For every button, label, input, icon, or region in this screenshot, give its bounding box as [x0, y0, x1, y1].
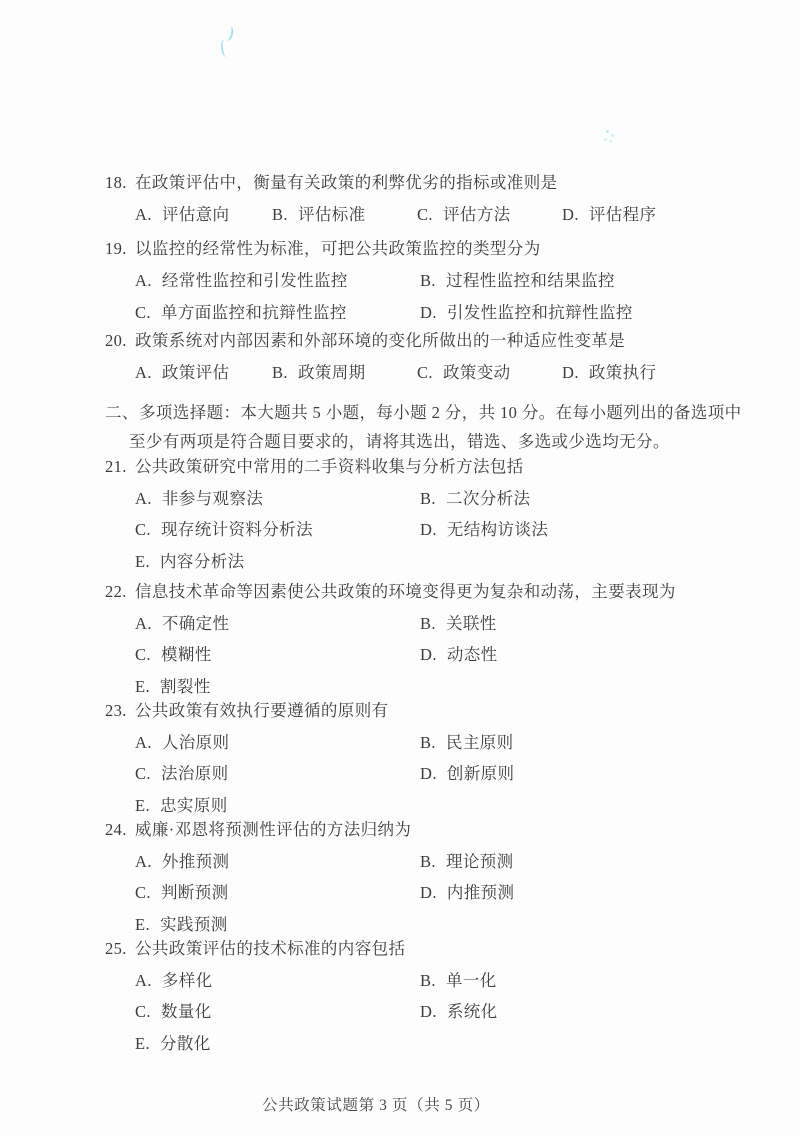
question-19: 19. 以监控的经常性为标准，可把公共政策监控的类型分为 A.经常性监控和引发性…: [105, 239, 773, 335]
option-text: 模糊性: [161, 645, 212, 666]
options-row: A.人治原则 B.民主原则: [105, 733, 773, 765]
cyan-scan-artifact: [220, 39, 231, 58]
question-text: 公共政策有效执行要遵循的原则有: [135, 701, 389, 722]
option-text: 评估程序: [589, 205, 657, 226]
option-label: B.: [272, 205, 288, 226]
option-text: 判断预测: [161, 883, 229, 904]
option-label: C.: [135, 1002, 151, 1023]
option-21d: D.无结构访谈法: [420, 520, 548, 541]
question-number: 22.: [105, 582, 135, 603]
option-21e: E.内容分析法: [135, 552, 245, 573]
option-label: C.: [135, 764, 151, 785]
option-text: 政策执行: [589, 363, 657, 384]
option-25e: E.分散化: [135, 1034, 211, 1055]
options-row: E.内容分析法: [105, 552, 773, 584]
option-22d: D.动态性: [420, 645, 498, 666]
option-label: A.: [135, 363, 152, 384]
option-text: 多样化: [162, 971, 213, 992]
option-24c: C.判断预测: [135, 883, 420, 904]
option-text: 理论预测: [446, 852, 514, 873]
question-25: 25. 公共政策评估的技术标准的内容包括 A.多样化 B.单一化 C.数量化 D…: [105, 939, 773, 1065]
option-18b: B.评估标准: [272, 205, 417, 226]
option-20d: D.政策执行: [562, 363, 656, 384]
option-23b: B.民主原则: [420, 733, 514, 754]
question-text: 信息技术革命等因素使公共政策的环境变得更为复杂和动荡，主要表现为: [135, 582, 676, 603]
option-22a: A.不确定性: [135, 614, 420, 635]
option-text: 实践预测: [160, 915, 228, 936]
option-25c: C.数量化: [135, 1002, 420, 1023]
option-text: 非参与观察法: [162, 489, 263, 510]
option-text: 外推预测: [162, 852, 230, 873]
question-stem: 20. 政策系统对内部因素和外部环境的变化所做出的一种适应性变革是: [105, 331, 773, 363]
option-25d: D.系统化: [420, 1002, 498, 1023]
option-19c: C.单方面监控和抗辩性监控: [135, 303, 420, 324]
section-instructions-line1: 多项选择题：本大题共 5 小题，每小题 2 分，共 10 分。在每小题列出的备选…: [139, 403, 742, 429]
option-18a: A.评估意向: [135, 205, 272, 226]
option-label: D.: [420, 645, 437, 666]
option-text: 不确定性: [162, 614, 230, 635]
option-text: 内推预测: [447, 883, 515, 904]
option-label: D.: [562, 363, 579, 384]
question-23: 23. 公共政策有效执行要遵循的原则有 A.人治原则 B.民主原则 C.法治原则…: [105, 701, 773, 827]
option-label: D.: [420, 303, 437, 324]
question-stem: 21. 公共政策研究中常用的二手资料收集与分析方法包括: [105, 457, 773, 489]
option-text: 引发性监控和抗辩性监控: [447, 303, 633, 324]
option-label: A.: [135, 971, 152, 992]
option-24b: B.理论预测: [420, 852, 514, 873]
question-text: 公共政策研究中常用的二手资料收集与分析方法包括: [135, 457, 524, 478]
option-text: 过程性监控和结果监控: [446, 271, 615, 292]
question-22: 22. 信息技术革命等因素使公共政策的环境变得更为复杂和动荡，主要表现为 A.不…: [105, 582, 773, 708]
options-row: C.现存统计资料分析法 D.无结构访谈法: [105, 520, 773, 552]
option-label: C.: [417, 205, 433, 226]
option-text: 内容分析法: [160, 552, 245, 573]
option-23e: E.忠实原则: [135, 796, 228, 817]
question-number: 21.: [105, 457, 135, 478]
option-19d: D.引发性监控和抗辩性监控: [420, 303, 633, 324]
question-stem: 19. 以监控的经常性为标准，可把公共政策监控的类型分为: [105, 239, 773, 271]
question-number: 25.: [105, 939, 135, 960]
option-label: D.: [562, 205, 579, 226]
option-label: D.: [420, 1002, 437, 1023]
option-label: A.: [135, 271, 152, 292]
option-text: 单方面监控和抗辩性监控: [161, 303, 347, 324]
section-header-line1: 二、 多项选择题：本大题共 5 小题，每小题 2 分，共 10 分。在每小题列出…: [105, 403, 775, 429]
question-number: 24.: [105, 820, 135, 841]
option-text: 评估方法: [443, 205, 511, 226]
option-text: 系统化: [447, 1002, 498, 1023]
option-text: 政策周期: [298, 363, 366, 384]
section-instructions-line2: 至少有两项是符合题目要求的，请将其选出，错选、多选或少选均无分。: [129, 432, 775, 453]
option-label: D.: [420, 764, 437, 785]
option-text: 经常性监控和引发性监控: [162, 271, 348, 292]
question-text: 在政策评估中，衡量有关政策的利弊优劣的指标或准则是: [135, 173, 558, 194]
options-row: A.多样化 B.单一化: [105, 971, 773, 1003]
page-footer: 公共政策试题第 3 页（共 5 页）: [262, 1096, 490, 1115]
question-number: 20.: [105, 331, 135, 352]
options-row: A.不确定性 B.关联性: [105, 614, 773, 646]
option-text: 评估意向: [162, 205, 230, 226]
option-21b: B.二次分析法: [420, 489, 530, 510]
question-stem: 25. 公共政策评估的技术标准的内容包括: [105, 939, 773, 971]
option-label: D.: [420, 883, 437, 904]
question-number: 19.: [105, 239, 135, 260]
option-text: 二次分析法: [446, 489, 531, 510]
option-18c: C.评估方法: [417, 205, 562, 226]
option-label: B.: [420, 614, 436, 635]
option-20b: B.政策周期: [272, 363, 417, 384]
option-label: B.: [272, 363, 288, 384]
option-text: 创新原则: [447, 764, 515, 785]
option-label: C.: [135, 645, 151, 666]
question-number: 18.: [105, 173, 135, 194]
options-row: E.分散化: [105, 1034, 773, 1066]
option-label: C.: [417, 363, 433, 384]
option-25b: B.单一化: [420, 971, 497, 992]
option-label: D.: [420, 520, 437, 541]
option-25a: A.多样化: [135, 971, 420, 992]
option-label: B.: [420, 733, 436, 754]
option-label: A.: [135, 614, 152, 635]
option-22b: B.关联性: [420, 614, 497, 635]
option-label: E.: [135, 1034, 150, 1055]
option-23d: D.创新原则: [420, 764, 514, 785]
options-row: A.评估意向 B.评估标准 C.评估方法 D.评估程序: [105, 205, 773, 237]
option-label: A.: [135, 733, 152, 754]
options-row: A.外推预测 B.理论预测: [105, 852, 773, 884]
section-number: 二、: [105, 403, 139, 429]
option-label: A.: [135, 489, 152, 510]
option-text: 单一化: [446, 971, 497, 992]
option-18d: D.评估程序: [562, 205, 656, 226]
options-row: C.模糊性 D.动态性: [105, 645, 773, 677]
option-22c: C.模糊性: [135, 645, 420, 666]
question-stem: 22. 信息技术革命等因素使公共政策的环境变得更为复杂和动荡，主要表现为: [105, 582, 773, 614]
option-21a: A.非参与观察法: [135, 489, 420, 510]
option-20a: A.政策评估: [135, 363, 272, 384]
exam-paper-page: 18. 在政策评估中，衡量有关政策的利弊优劣的指标或准则是 A.评估意向 B.评…: [0, 0, 800, 1136]
options-row: C.数量化 D.系统化: [105, 1002, 773, 1034]
question-text: 政策系统对内部因素和外部环境的变化所做出的一种适应性变革是: [135, 331, 625, 352]
option-text: 民主原则: [446, 733, 514, 754]
option-label: E.: [135, 677, 150, 698]
option-text: 关联性: [446, 614, 497, 635]
option-19a: A.经常性监控和引发性监控: [135, 271, 420, 292]
option-text: 割裂性: [160, 677, 211, 698]
option-label: A.: [135, 205, 152, 226]
question-18: 18. 在政策评估中，衡量有关政策的利弊优劣的指标或准则是 A.评估意向 B.评…: [105, 173, 773, 237]
option-label: B.: [420, 489, 436, 510]
option-22e: E.割裂性: [135, 677, 211, 698]
option-text: 人治原则: [162, 733, 230, 754]
option-text: 现存统计资料分析法: [161, 520, 313, 541]
option-24d: D.内推预测: [420, 883, 514, 904]
option-label: C.: [135, 883, 151, 904]
section-2-header: 二、 多项选择题：本大题共 5 小题，每小题 2 分，共 10 分。在每小题列出…: [105, 403, 775, 453]
option-label: E.: [135, 796, 150, 817]
option-text: 无结构访谈法: [447, 520, 548, 541]
option-20c: C.政策变动: [417, 363, 562, 384]
question-text: 公共政策评估的技术标准的内容包括: [135, 939, 405, 960]
option-label: B.: [420, 271, 436, 292]
option-23a: A.人治原则: [135, 733, 420, 754]
question-number: 23.: [105, 701, 135, 722]
option-label: E.: [135, 552, 150, 573]
option-text: 评估标准: [298, 205, 366, 226]
option-24a: A.外推预测: [135, 852, 420, 873]
option-label: C.: [135, 520, 151, 541]
question-text: 威廉·邓恩将预测性评估的方法归纳为: [135, 820, 411, 841]
question-20: 20. 政策系统对内部因素和外部环境的变化所做出的一种适应性变革是 A.政策评估…: [105, 331, 773, 395]
option-label: B.: [420, 971, 436, 992]
option-text: 数量化: [161, 1002, 212, 1023]
option-label: B.: [420, 852, 436, 873]
question-stem: 24. 威廉·邓恩将预测性评估的方法归纳为: [105, 820, 773, 852]
option-21c: C.现存统计资料分析法: [135, 520, 420, 541]
option-19b: B.过程性监控和结果监控: [420, 271, 615, 292]
options-row: C.判断预测 D.内推预测: [105, 883, 773, 915]
option-text: 分散化: [160, 1034, 211, 1055]
option-23c: C.法治原则: [135, 764, 420, 785]
option-24e: E.实践预测: [135, 915, 228, 936]
question-stem: 18. 在政策评估中，衡量有关政策的利弊优劣的指标或准则是: [105, 173, 773, 205]
question-stem: 23. 公共政策有效执行要遵循的原则有: [105, 701, 773, 733]
option-text: 政策变动: [443, 363, 511, 384]
options-row: A.政策评估 B.政策周期 C.政策变动 D.政策执行: [105, 363, 773, 395]
options-row: A.经常性监控和引发性监控 B.过程性监控和结果监控: [105, 271, 773, 303]
option-text: 政策评估: [162, 363, 230, 384]
option-label: E.: [135, 915, 150, 936]
question-21: 21. 公共政策研究中常用的二手资料收集与分析方法包括 A.非参与观察法 B.二…: [105, 457, 773, 583]
options-row: C.法治原则 D.创新原则: [105, 764, 773, 796]
option-text: 动态性: [447, 645, 498, 666]
option-text: 忠实原则: [160, 796, 228, 817]
option-text: 法治原则: [161, 764, 229, 785]
option-label: C.: [135, 303, 151, 324]
question-text: 以监控的经常性为标准，可把公共政策监控的类型分为: [135, 239, 541, 260]
question-24: 24. 威廉·邓恩将预测性评估的方法归纳为 A.外推预测 B.理论预测 C.判断…: [105, 820, 773, 946]
option-label: A.: [135, 852, 152, 873]
cyan-scan-artifact: [606, 130, 609, 133]
options-row: A.非参与观察法 B.二次分析法: [105, 489, 773, 521]
